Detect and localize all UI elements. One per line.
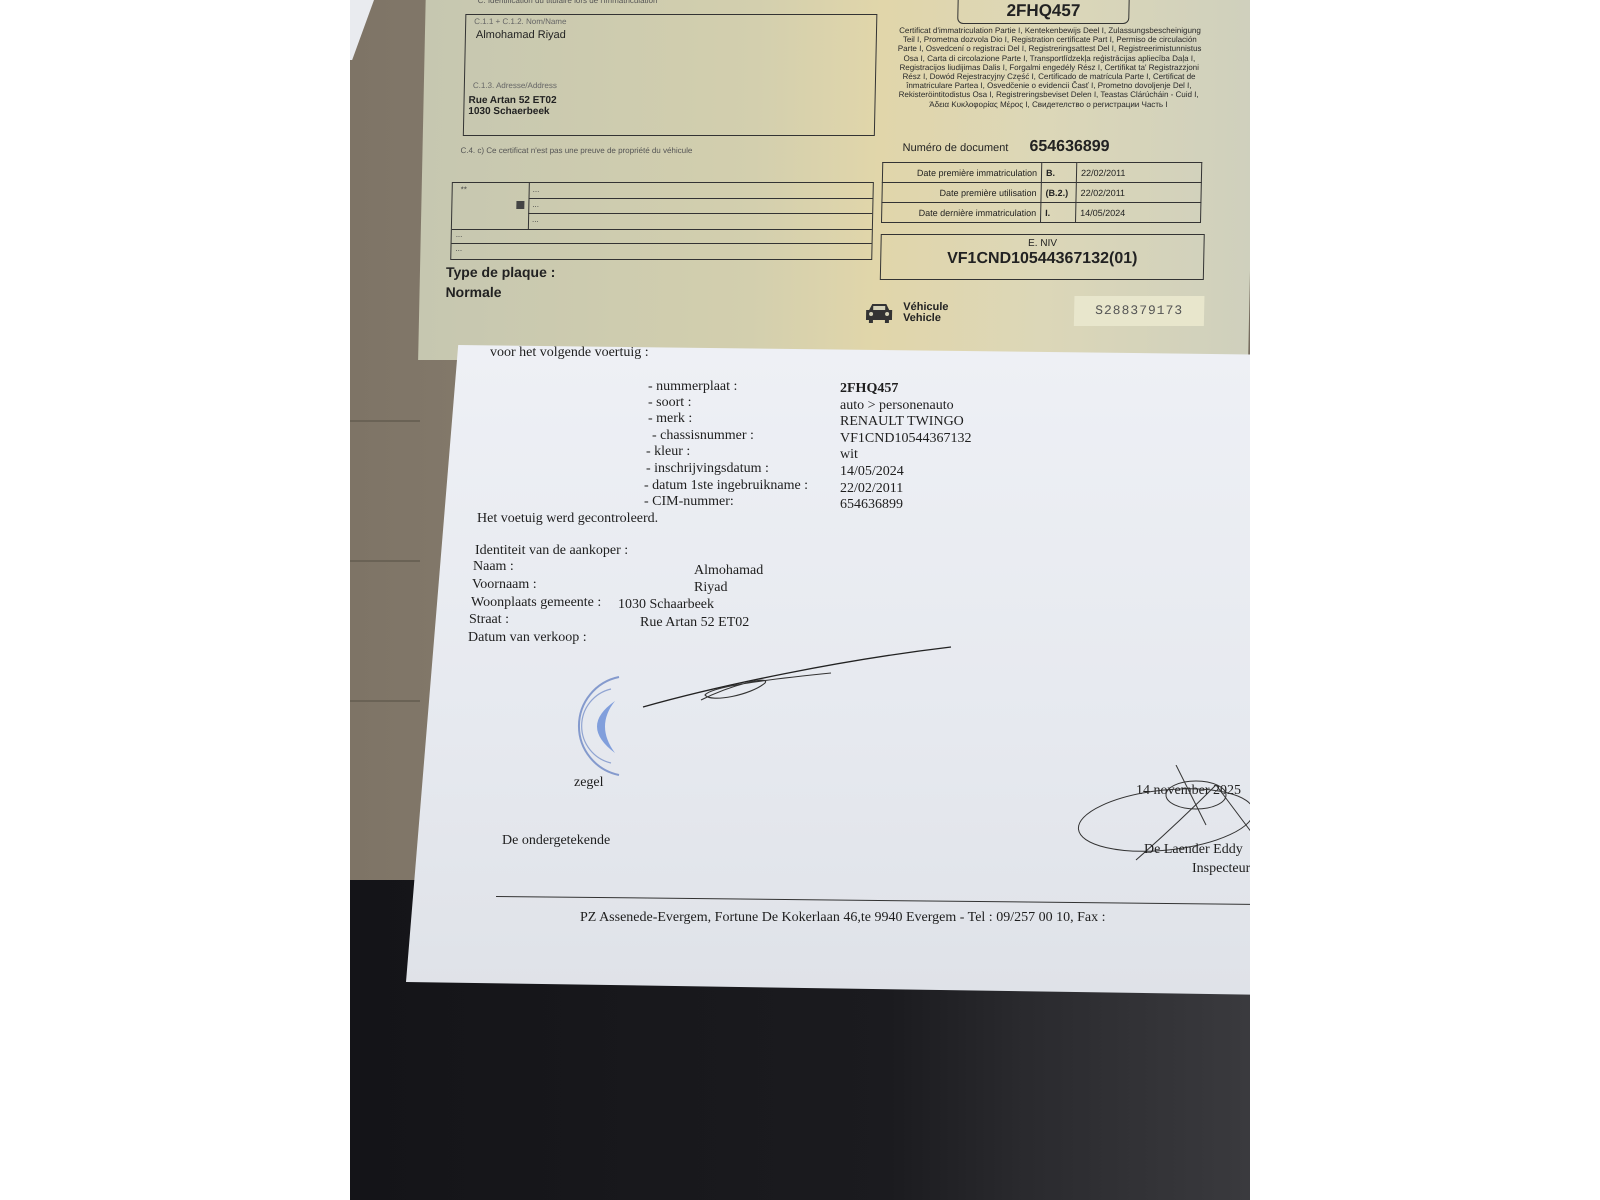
plate-type-label: Type de plaque : (446, 262, 556, 282)
date-value: 22/02/2011 (1076, 163, 1201, 183)
date-label: Date première immatriculation (882, 163, 1041, 183)
inspector-title: Inspecteur (1192, 861, 1250, 877)
dates-table: Date première immatriculation B. 22/02/2… (881, 162, 1202, 223)
table-row: Date première utilisation (B.2.) 22/02/2… (882, 183, 1201, 203)
car-icon (863, 302, 895, 324)
inspector-name: De Laender Eddy (1144, 842, 1243, 858)
niv-box: E. NIV VF1CND10544367132(01) (880, 234, 1205, 280)
grid-divider (528, 183, 530, 229)
buyer-label: Naam : (473, 559, 514, 575)
paper-corner (350, 0, 374, 60)
grid-mark: ** (461, 185, 467, 194)
date-value: 22/02/2011 (1076, 183, 1201, 203)
footer-text: PZ Assenede-Evergem, Fortune De Kokerlaa… (580, 910, 1105, 926)
field-value: 14/05/2024 (840, 464, 904, 480)
ownership-note: C.4. c) Ce certificat n'est pas une preu… (460, 146, 692, 155)
holder-box: C.1.1 + C.1.2. Nom/Name Almohamad Riyad … (463, 14, 878, 136)
buyer-value: Rue Artan 52 ET02 (640, 615, 749, 631)
niv-label: E. NIV (881, 238, 1203, 249)
intro-text: voor het volgende voertuig : (490, 345, 649, 361)
registration-certificate: C. Identification du titulaire lors de l… (418, 0, 1250, 360)
field-value: 2FHQ457 (840, 381, 898, 397)
date-label: Date première utilisation (882, 183, 1041, 203)
plate-type: Type de plaque : Normale (445, 262, 555, 302)
grid-mark: ... (532, 200, 539, 209)
buyer-value: 1030 Schaarbeek (618, 597, 714, 613)
address-line-2: 1030 Schaerbeek (468, 106, 549, 117)
buyer-label: Woonplaats gemeente : (471, 595, 601, 611)
field-value: wit (840, 447, 858, 463)
signatory-label: De ondergetekende (502, 833, 610, 849)
buyer-value: Almohamad (694, 563, 763, 579)
grid-divider (452, 243, 872, 244)
date-code: I. (1041, 203, 1076, 223)
field-label: - chassisnummer : (652, 428, 754, 444)
field-value: 22/02/2011 (840, 481, 903, 497)
date-value: 14/05/2024 (1076, 203, 1201, 223)
document-number-row: Numéro de document 654636899 (902, 138, 1109, 156)
buyer-label: Voornaam : (472, 577, 537, 593)
wood-grain (350, 560, 420, 562)
vehicle-label: Véhicule Vehicle (903, 302, 949, 324)
stamp-label: zegel (574, 775, 604, 791)
buyer-heading: Identiteit van de aankoper : (475, 543, 628, 559)
date-code: (B.2.) (1041, 183, 1076, 203)
grid-mark: ... (455, 244, 462, 253)
holder-name: Almohamad Riyad (476, 29, 566, 41)
field-label: - datum 1ste ingebruikname : (644, 478, 808, 494)
grid-mark: ... (533, 185, 540, 194)
holder-section-title: C. Identification du titulaire lors de l… (478, 0, 658, 5)
buyer-signature (641, 645, 961, 725)
field-label: - kleur : (646, 444, 690, 460)
grid-mark: ... (532, 215, 539, 224)
address-line-1: Rue Artan 52 ET02 (468, 95, 556, 106)
footer-divider (496, 896, 1250, 905)
field-label: - inschrijvingsdatum : (646, 461, 769, 477)
table-row: Date dernière immatriculation I. 14/05/2… (882, 203, 1201, 223)
field-value: VF1CND10544367132 (840, 431, 971, 447)
document-number: 654636899 (1029, 138, 1109, 155)
grid-mark: ... (456, 230, 463, 239)
document-number-label: Numéro de document (902, 142, 1008, 154)
grid-square-icon (516, 201, 524, 209)
vehicle-label-en: Vehicle (903, 313, 948, 324)
field-value: auto > personenauto (840, 398, 954, 414)
field-label: - nummerplaat : (648, 379, 737, 395)
date-label: Date dernière immatriculation (882, 203, 1041, 223)
name-label: C.1.1 + C.1.2. Nom/Name (474, 17, 566, 26)
table-row: Date première immatriculation B. 22/02/2… (882, 163, 1201, 183)
wood-grain (350, 700, 420, 702)
field-label: - CIM-nummer: (644, 494, 734, 510)
grid-divider (528, 213, 872, 214)
stamp-icon (549, 671, 627, 781)
marks-grid: ** ... ... ... ... ... (450, 182, 874, 260)
niv-value: VF1CND10544367132(01) (881, 250, 1203, 268)
checked-statement: Het voetuig werd gecontroleerd. (477, 511, 658, 527)
field-label: - soort : (648, 395, 692, 411)
serial-number: S288379173 (1074, 296, 1205, 326)
field-value: RENAULT TWINGO (840, 414, 964, 430)
field-value: 654636899 (840, 497, 903, 513)
wood-grain (350, 420, 420, 422)
buyer-label: Datum van verkoop : (468, 630, 587, 646)
photo-area: C. Identification du titulaire lors de l… (350, 0, 1250, 1200)
grid-divider (528, 198, 872, 199)
grid-divider (452, 229, 872, 230)
field-label: - merk : (648, 411, 692, 427)
date-code: B. (1041, 163, 1076, 183)
address-label: C.1.3. Adresse/Address (473, 81, 557, 90)
plate-number: 2FHQ457 (957, 0, 1130, 24)
buyer-label: Straat : (469, 612, 509, 628)
plate-type-value: Normale (445, 282, 555, 302)
multilingual-title: Certificat d'immatriculation Partie I, K… (893, 26, 1205, 109)
inspection-document: voor het volgende voertuig : - nummerpla… (406, 345, 1250, 995)
buyer-value: Riyad (694, 580, 727, 596)
